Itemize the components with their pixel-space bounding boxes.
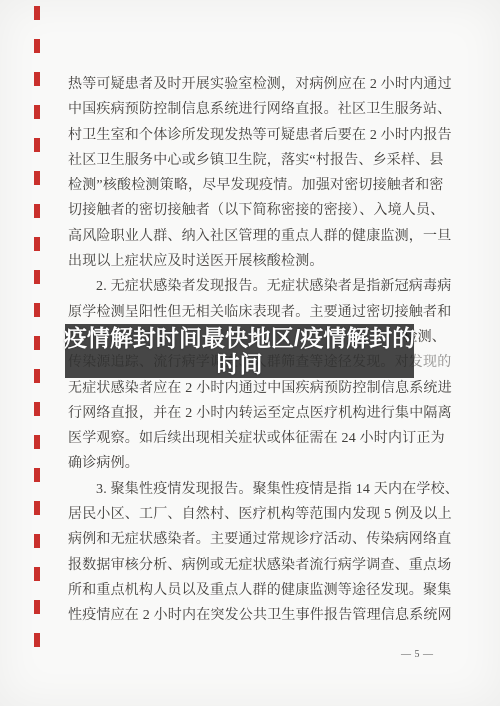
doc-line: 检测”核酸检测策略，尽早发现疫情。加强对密切接触者和密 <box>68 173 446 198</box>
red-dashed-margin-line <box>34 6 40 658</box>
doc-line: 原学检测呈阳性但无相关临床表现者。主要通过密切接触者和 <box>68 300 446 325</box>
doc-line: 高风险职业人群、纳入社区管理的重点人群的健康监测，一旦 <box>68 224 446 249</box>
doc-line: 确诊病例。 <box>68 451 446 476</box>
doc-line: 性疫情应在 2 小时内在突发公共卫生事件报告管理信息系统网 <box>68 603 446 628</box>
doc-line: 医学观察。如后续出现相关症状或体征需在 24 小时内订正为 <box>68 426 446 451</box>
doc-line: 切接触者的密切接触者（以下简称密接的密接）、入境人员、 <box>68 198 446 223</box>
doc-line: 2. 无症状感染者发现报告。无症状感染者是指新冠病毒病 <box>68 274 446 299</box>
doc-line: 病例和无症状感染者。主要通过常规诊疗活动、传染病网络直 <box>68 527 446 552</box>
doc-line: 行网络直报，并在 2 小时内转运至定点医疗机构进行集中隔离 <box>68 401 446 426</box>
doc-line: 村卫生室和个体诊所发现发热等可疑患者后要在 2 小时内报告 <box>68 123 446 148</box>
page-number: — 5 — <box>401 649 434 660</box>
doc-line: 无症状感染者应在 2 小时内通过中国疾病预防控制信息系统进 <box>68 376 446 401</box>
doc-line: 出现以上症状应及时送医开展核酸检测。 <box>68 249 446 274</box>
scanned-document-page: { "page": { "background_color": "#f9f9f8… <box>0 0 500 706</box>
doc-line: 居民小区、工厂、自然村、医疗机构等范围内发现 5 例及以上 <box>68 502 446 527</box>
doc-line: 3. 聚集性疫情发现报告。聚集性疫情是指 14 天内在学校、 <box>68 477 446 502</box>
doc-line: 社区卫生服务中心或乡镇卫生院，落实“村报告、乡采样、县 <box>68 148 446 173</box>
doc-line: 中国疾病预防控制信息系统进行网络直报。社区卫生服务站、 <box>68 97 446 122</box>
doc-line: 报数据审核分析、病例或无症状感染者流行病学调查、重点场 <box>68 553 446 578</box>
title-overlay-background <box>65 324 414 378</box>
doc-line: 热等可疑患者及时开展实验室检测，对病例应在 2 小时内通过 <box>68 72 446 97</box>
doc-line: 所和重点机构人员以及重点人群的健康监测等途径发现。聚集 <box>68 578 446 603</box>
